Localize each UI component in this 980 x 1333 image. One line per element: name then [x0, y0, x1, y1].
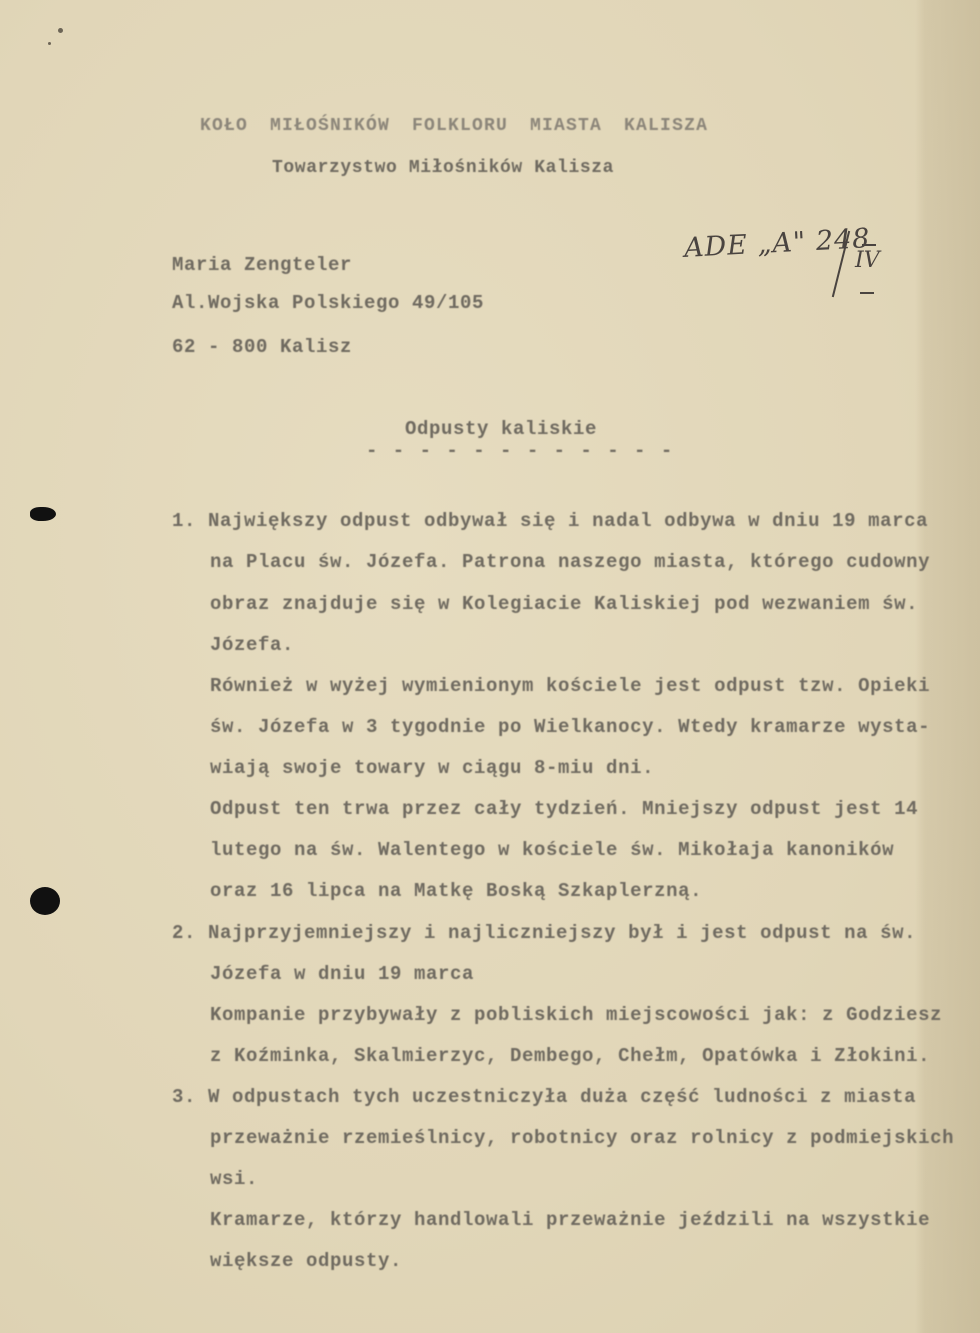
handwritten-bar-bottom: [860, 292, 874, 294]
sender-street: Al.Wojska Polskiego 49/105: [172, 292, 484, 314]
body-text-line: Również w wyżej wymienionym kościele jes…: [210, 675, 930, 697]
body-text-line: Kompanie przybywały z pobliskich miejsco…: [210, 1004, 942, 1026]
society-subheader: Towarzystwo Miłośników Kalisza: [272, 158, 614, 178]
punch-hole-upper: [30, 507, 56, 521]
handwritten-bar-top: [862, 244, 876, 246]
body-text-line: obraz znajduje się w Kolegiacie Kaliskie…: [210, 593, 918, 615]
body-text-line: Józefa w dniu 19 marca: [210, 963, 474, 985]
body-text-line: 3. W odpustach tych uczestniczyła duża c…: [172, 1086, 916, 1108]
document-page: KOŁO MIŁOŚNIKÓW FOLKLORU MIASTA KALISZA …: [0, 0, 980, 1333]
body-text-line: lutego na św. Walentego w kościele św. M…: [210, 839, 894, 861]
paper-speck: [48, 42, 51, 45]
body-text-line: 2. Najprzyjemniejszy i najliczniejszy by…: [172, 922, 916, 944]
body-text-line: św. Józefa w 3 tygodnie po Wielkanocy. W…: [210, 716, 930, 738]
body-text-line: 1. Największy odpust odbywał się i nadal…: [172, 510, 928, 532]
body-text-line: wsi.: [210, 1168, 258, 1190]
sender-city: 62 - 800 Kalisz: [172, 336, 352, 358]
body-text-line: z Koźminka, Skalmierzyc, Dembego, Chełm,…: [210, 1045, 930, 1067]
body-text-line: przeważnie rzemieślnicy, robotnicy oraz …: [210, 1127, 954, 1149]
handwritten-reference-sub: IV: [855, 248, 880, 273]
paper-speck: [58, 28, 63, 33]
document-title: Odpusty kaliskie: [405, 418, 597, 440]
punch-hole-lower: [30, 887, 60, 915]
title-underline: - - - - - - - - - - - -: [366, 440, 674, 462]
body-text-line: oraz 16 lipca na Matkę Boską Szkaplerzną…: [210, 880, 702, 902]
body-text-line: większe odpusty.: [210, 1250, 402, 1272]
body-text-line: na Placu św. Józefa. Patrona naszego mia…: [210, 551, 930, 573]
body-text-line: Józefa.: [210, 634, 294, 656]
organization-header: KOŁO MIŁOŚNIKÓW FOLKLORU MIASTA KALISZA: [200, 116, 708, 136]
body-text-line: Odpust ten trwa przez cały tydzień. Mnie…: [210, 798, 918, 820]
sender-name: Maria Zengteler: [172, 254, 352, 276]
body-text-line: Kramarze, którzy handlowali przeważnie j…: [210, 1209, 930, 1231]
body-text-line: wiają swoje towary w ciągu 8-miu dni.: [210, 757, 654, 779]
